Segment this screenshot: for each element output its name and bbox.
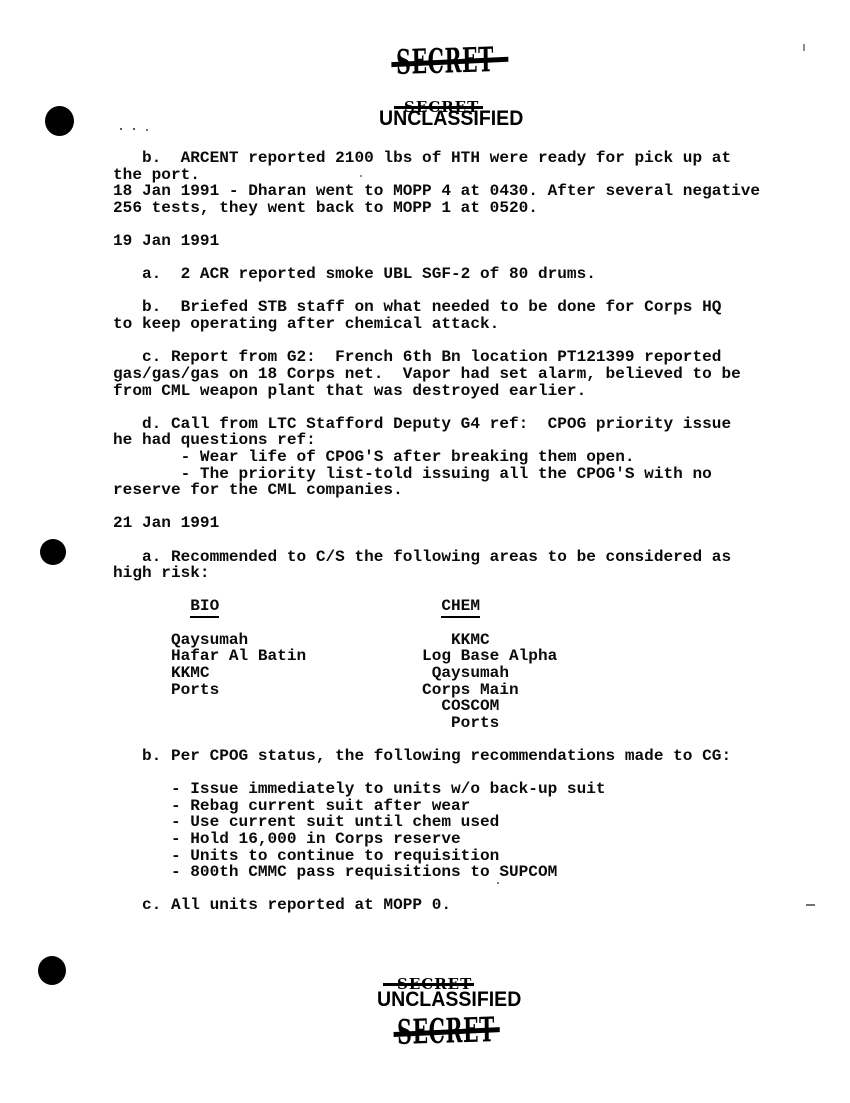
document-line: reserve for the CML companies. — [113, 482, 760, 499]
column-headers-row: BIO CHEM — [113, 598, 760, 615]
document-line: Qaysumah KKMC — [113, 632, 760, 649]
document-line-date: 19 Jan 1991 — [113, 233, 760, 250]
document-line — [113, 765, 760, 782]
document-line — [113, 250, 760, 267]
hole-punch — [45, 106, 74, 136]
document-line — [113, 399, 760, 416]
document-line: he had questions ref: — [113, 432, 760, 449]
scan-speck — [803, 44, 805, 51]
document-line: to keep operating after chemical attack. — [113, 316, 760, 333]
secret-stamp-bottom: SECRET — [397, 1013, 495, 1050]
document-line — [113, 532, 760, 549]
document-line: gas/gas/gas on 18 Corps net. Vapor had s… — [113, 366, 760, 383]
document-line: Ports — [113, 715, 760, 732]
document-line: b. Briefed STB staff on what needed to b… — [113, 299, 760, 316]
document-line: 256 tests, they went back to MOPP 1 at 0… — [113, 200, 760, 217]
document-body: b. ARCENT reported 2100 lbs of HTH were … — [113, 150, 760, 914]
document-line: - Wear life of CPOG'S after breaking the… — [113, 449, 760, 466]
document-line: - Hold 16,000 in Corps reserve — [113, 831, 760, 848]
scan-speck — [133, 128, 135, 130]
document-line — [113, 283, 760, 300]
document-line: b. Per CPOG status, the following recomm… — [113, 748, 760, 765]
document-line — [113, 499, 760, 516]
document-line: d. Call from LTC Stafford Deputy G4 ref:… — [113, 416, 760, 433]
unclassified-label-bottom: UNCLASSIFIED — [377, 989, 521, 1011]
chem-column-header: CHEM — [441, 598, 480, 618]
document-line: Ports Corps Main — [113, 682, 760, 699]
document-line: - Issue immediately to units w/o back-up… — [113, 781, 760, 798]
document-line: b. ARCENT reported 2100 lbs of HTH were … — [113, 150, 760, 167]
document-line: c. Report from G2: French 6th Bn locatio… — [113, 349, 760, 366]
unclassified-label-top: UNCLASSIFIED — [379, 108, 523, 130]
document-line: a. Recommended to C/S the following area… — [113, 549, 760, 566]
document-line: - Rebag current suit after wear — [113, 798, 760, 815]
document-line: KKMC Qaysumah — [113, 665, 760, 682]
document-line: the port. — [113, 167, 760, 184]
document-line: - Use current suit until chem used — [113, 814, 760, 831]
document-line: - 800th CMMC pass requisitions to SUPCOM — [113, 864, 760, 881]
scanned-document-page: SECRET SECRET UNCLASSIFIED b. ARCENT rep… — [0, 0, 850, 1103]
scan-speck — [806, 904, 815, 906]
strikethrough-line — [383, 983, 474, 986]
scan-speck — [120, 128, 122, 130]
document-line — [113, 216, 760, 233]
document-line: high risk: — [113, 565, 760, 582]
document-line-date: 21 Jan 1991 — [113, 515, 760, 532]
scan-speck — [146, 129, 148, 131]
hole-punch — [38, 956, 66, 985]
hole-punch — [40, 539, 66, 565]
document-line: 18 Jan 1991 - Dharan went to MOPP 4 at 0… — [113, 183, 760, 200]
document-line: a. 2 ACR reported smoke UBL SGF-2 of 80 … — [113, 266, 760, 283]
document-line: Hafar Al Batin Log Base Alpha — [113, 648, 760, 665]
bio-column-header: BIO — [190, 598, 219, 618]
document-line: - Units to continue to requisition — [113, 848, 760, 865]
document-line — [113, 881, 760, 898]
document-line: from CML weapon plant that was destroyed… — [113, 383, 760, 400]
document-line — [113, 582, 760, 599]
document-line — [113, 333, 760, 350]
secret-stamp-top: SECRET — [396, 43, 494, 80]
document-line: - The priority list-told issuing all the… — [113, 466, 760, 483]
document-line — [113, 731, 760, 748]
document-line: c. All units reported at MOPP 0. — [113, 897, 760, 914]
document-line: COSCOM — [113, 698, 760, 715]
